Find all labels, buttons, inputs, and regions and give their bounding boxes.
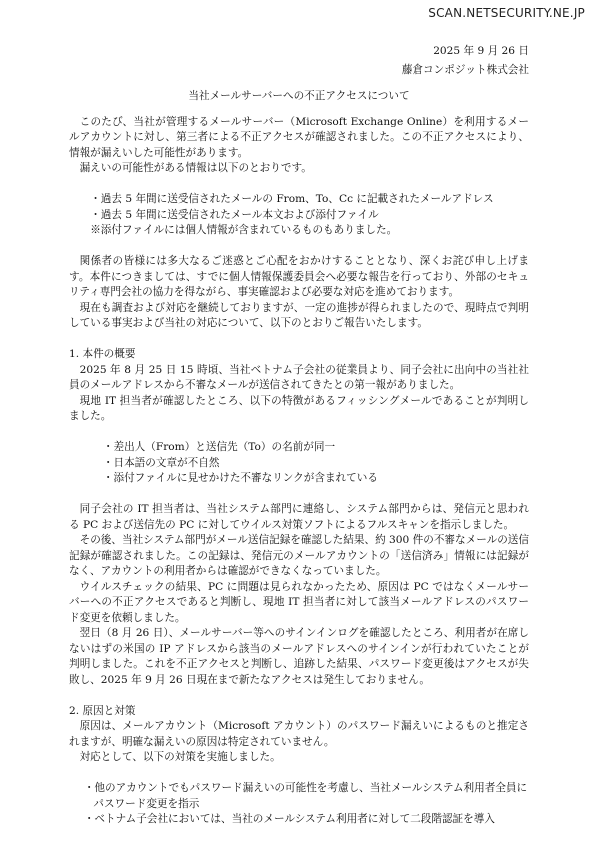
countermeasures-list: ・他のアカウントでもパスワード漏えいの可能性を考慮し、当社メールシステム利用者全… <box>69 781 529 828</box>
section-1-paragraph-1: 2025 年 8 月 25 日 15 時頃、当社ベトナム子会社の従業員より、同子… <box>69 363 529 394</box>
intro-paragraph-2: 漏えいの可能性がある情報は以下のとおりです。 <box>69 161 529 177</box>
list-item: ・ベトナム子会社においては、当社のメールシステム利用者に対して二段階認証を導入 <box>80 812 529 828</box>
watermark: SCAN.NETSECURITY.NE.JP <box>428 6 585 20</box>
section-1-heading: 1. 本件の概要 <box>69 347 529 363</box>
section-1-paragraph-5: ウイルスチェックの結果、PC に問題は見られなかったため、原因は PC ではなく… <box>69 580 529 627</box>
list-item: ・添付ファイルに見せかけた不審なリンクが含まれている <box>69 471 529 487</box>
section-2-heading: 2. 原因と対策 <box>69 704 529 720</box>
attachment-note: ※添付ファイルには個人情報が含まれているものもありました。 <box>69 223 529 239</box>
intro-paragraph-1: このたび、当社が管理するメールサーバー（Microsoft Exchange O… <box>69 115 529 162</box>
list-item: ・日本語の文章が不自然 <box>69 456 529 472</box>
list-item: ・他のアカウントでもパスワード漏えいの可能性を考慮し、当社メールシステム利用者全… <box>80 781 529 812</box>
document-date: 2025 年 9 月 26 日 <box>69 44 529 60</box>
company-name: 藤倉コンポジット株式会社 <box>69 63 529 79</box>
document-title: 当社メールサーバーへの不正アクセスについて <box>69 89 529 105</box>
list-item: ・過去 5 年間に送受信されたメール本文および添付ファイル <box>69 208 529 224</box>
section-2-paragraph-1: 原因は、メールアカウント（Microsoft アカウント）のパスワード漏えいによ… <box>69 719 529 750</box>
document-page: 2025 年 9 月 26 日 藤倉コンポジット株式会社 当社メールサーバーへの… <box>69 40 529 828</box>
section-1-paragraph-4: その後、当社システム部門がメール送信記録を確認した結果、約 300 件の不審なメ… <box>69 533 529 580</box>
intro-paragraph-4: 現在も調査および対応を継続しておりますが、一定の進捗が得られましたので、現時点で… <box>69 301 529 332</box>
list-item: ・過去 5 年間に送受信されたメールの From、To、Cc に記載されたメール… <box>69 192 529 208</box>
section-1-paragraph-6: 翌日（8 月 26 日）、メールサーバー等へのサインインログを確認したところ、利… <box>69 626 529 688</box>
section-2-paragraph-2: 対応として、以下の対策を実施しました。 <box>69 750 529 766</box>
intro-paragraph-3: 関係者の皆様には多大なるご迷惑とご心配をおかけすることとなり、深くお詫び申し上げ… <box>69 254 529 301</box>
section-1-paragraph-3: 同子会社の IT 担当者は、当社システム部門に連絡し、システム部門からは、発信元… <box>69 502 529 533</box>
leaked-info-list: ・過去 5 年間に送受信されたメールの From、To、Cc に記載されたメール… <box>69 192 529 223</box>
section-1-paragraph-2: 現地 IT 担当者が確認したところ、以下の特徴があるフィッシングメールであること… <box>69 394 529 425</box>
list-item: ・差出人（From）と送信先（To）の名前が同一 <box>69 440 529 456</box>
phishing-features-list: ・差出人（From）と送信先（To）の名前が同一 ・日本語の文章が不自然 ・添付… <box>69 440 529 487</box>
